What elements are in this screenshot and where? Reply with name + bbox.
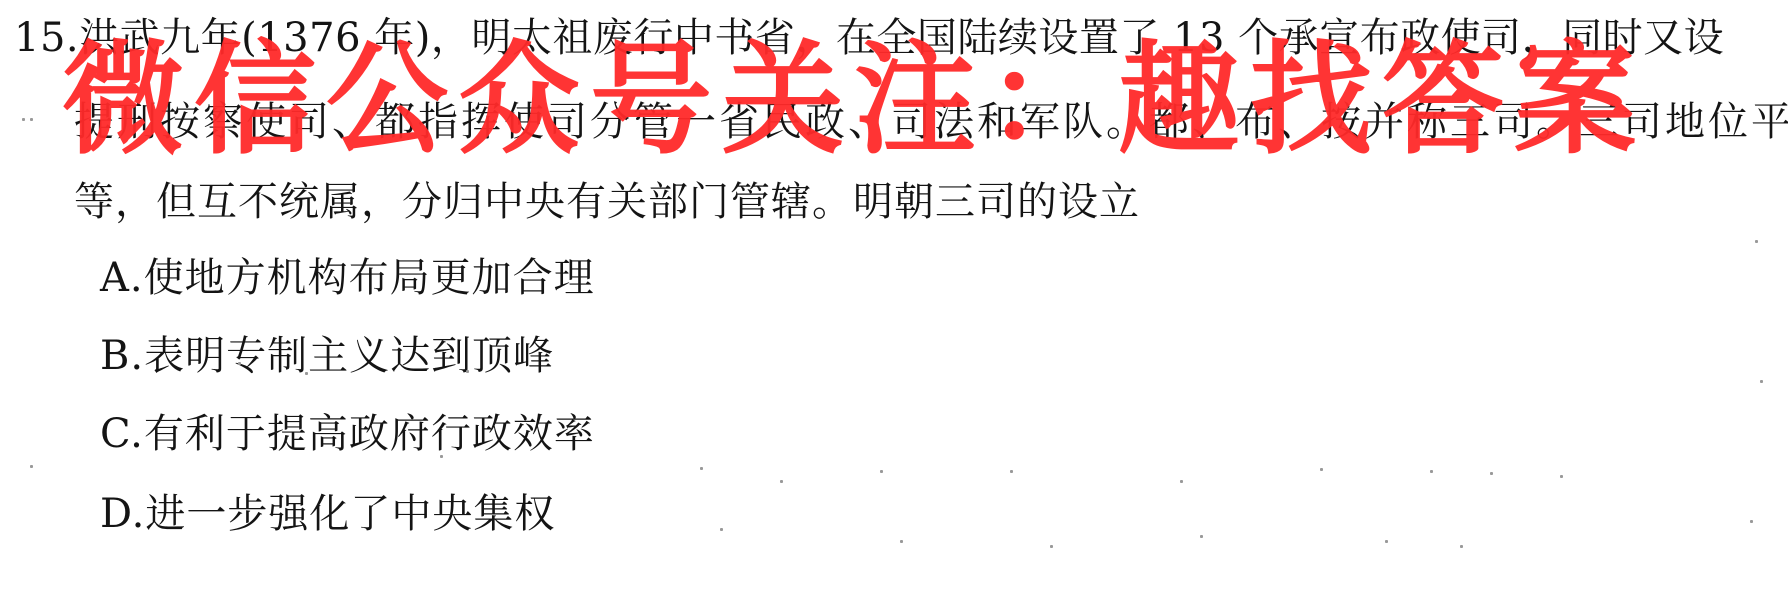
scan-speck: [305, 372, 308, 375]
scan-speck: [720, 528, 723, 531]
scan-speck: [1430, 470, 1433, 473]
scan-speck: [1050, 545, 1053, 548]
option-text: 进一步强化了中央集权: [145, 491, 555, 537]
option-label: D.: [100, 491, 145, 537]
option-text: 有利于提高政府行政效率: [144, 411, 595, 457]
scan-speck: [238, 362, 241, 365]
scan-speck: [1560, 475, 1563, 478]
scan-speck: [1490, 472, 1493, 475]
scan-speck: [880, 470, 883, 473]
watermark-overlay: 微信公众号关注：趣找答案: [62, 20, 1646, 180]
scan-speck: [700, 467, 703, 470]
option-text: 表明专制主义达到顶峰: [144, 333, 554, 379]
scan-speck: [1320, 468, 1323, 471]
question-line-3: 等，但互不统属，分归中央有关部门管辖。明朝三司的设立: [74, 178, 1140, 226]
scan-speck: [900, 540, 903, 543]
scan-speck: [22, 118, 25, 121]
option-c[interactable]: C.有利于提高政府行政效率: [100, 410, 595, 458]
option-text: 使地方机构布局更加合理: [144, 255, 595, 301]
scan-speck: [1385, 540, 1388, 543]
scan-speck: [1010, 470, 1013, 473]
scan-speck: [1760, 380, 1763, 383]
scan-speck: [1750, 520, 1753, 523]
scan-speck: [1200, 535, 1203, 538]
scan-speck: [1180, 480, 1183, 483]
option-label: A.: [100, 255, 144, 301]
option-label: C.: [100, 411, 144, 457]
option-a[interactable]: A.使地方机构布局更加合理: [100, 254, 595, 302]
scan-speck: [1755, 240, 1758, 243]
scan-speck: [466, 370, 469, 373]
scan-speck: [30, 118, 33, 121]
scan-speck: [780, 480, 783, 483]
scan-speck: [1460, 545, 1463, 548]
scan-speck: [440, 455, 443, 458]
option-b[interactable]: B.表明专制主义达到顶峰: [100, 332, 554, 380]
scan-speck: [30, 465, 33, 468]
option-d[interactable]: D.进一步强化了中央集权: [100, 490, 555, 538]
option-label: B.: [100, 333, 144, 379]
